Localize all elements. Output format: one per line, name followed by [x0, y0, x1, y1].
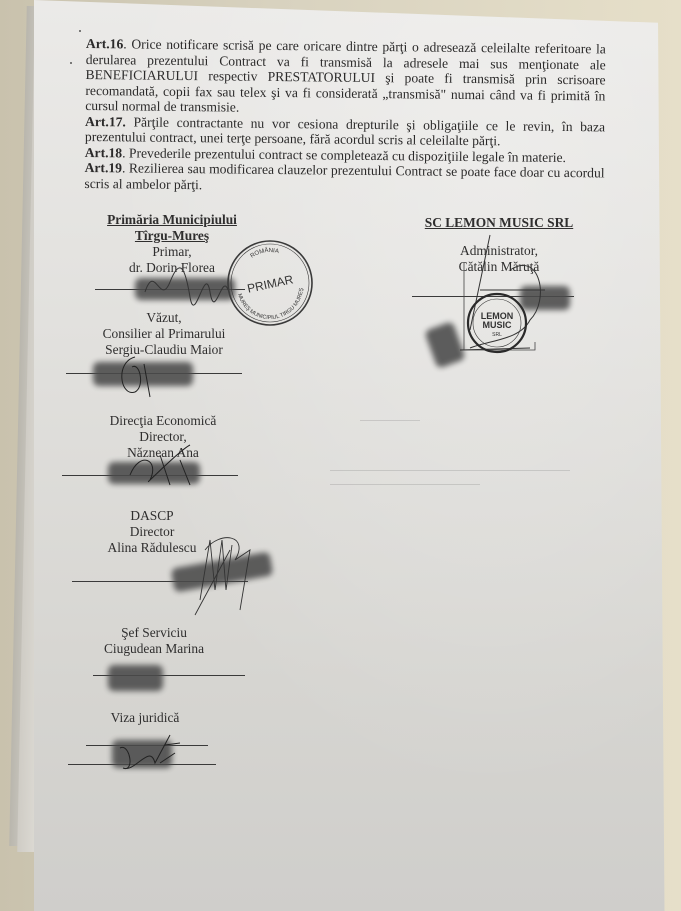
contract-articles: Art.16. Orice notificare scrisă pe care … [84, 36, 606, 196]
article-16: Art.16. Orice notificare scrisă pe care … [85, 36, 606, 119]
svg-text:MUSIC: MUSIC [483, 320, 513, 330]
signature-scribble [190, 530, 270, 620]
article-19: Art.19. Rezilierea sau modificarea clauz… [84, 160, 604, 196]
lemon-music-stamp-icon: LEMON MUSIC SRL [466, 292, 528, 354]
svg-text:PRIMAR: PRIMAR [246, 272, 295, 295]
show-through-mark [360, 420, 420, 421]
right-party-org: SC LEMON MUSIC SRL [414, 215, 584, 231]
svg-text:SRL: SRL [492, 332, 502, 338]
show-through-mark [330, 470, 570, 471]
speck [79, 30, 81, 32]
signature-scribble [110, 352, 160, 402]
signatory-advisor: Văzut, Consilier al Primarului Sergiu-Cl… [84, 310, 244, 358]
svg-text:MUREŞ MUNICIPIUL TIRGU MUREŞ: MUREŞ MUNICIPIUL TIRGU MUREŞ [236, 287, 305, 321]
svg-text:ROMÂNIA: ROMÂNIA [250, 247, 280, 260]
speck [70, 62, 72, 64]
signature-scribble [120, 440, 200, 490]
redacted-signature [108, 665, 163, 691]
signature-scribble [115, 733, 185, 778]
legal-visa-label: Viza juridică [100, 710, 190, 726]
signatory-service-head: Şef Serviciu Ciugudean Marina [84, 625, 224, 657]
left-party-org: Primăria Municipiului [92, 212, 252, 228]
show-through-mark [330, 484, 480, 485]
signature-scribble [140, 262, 230, 312]
